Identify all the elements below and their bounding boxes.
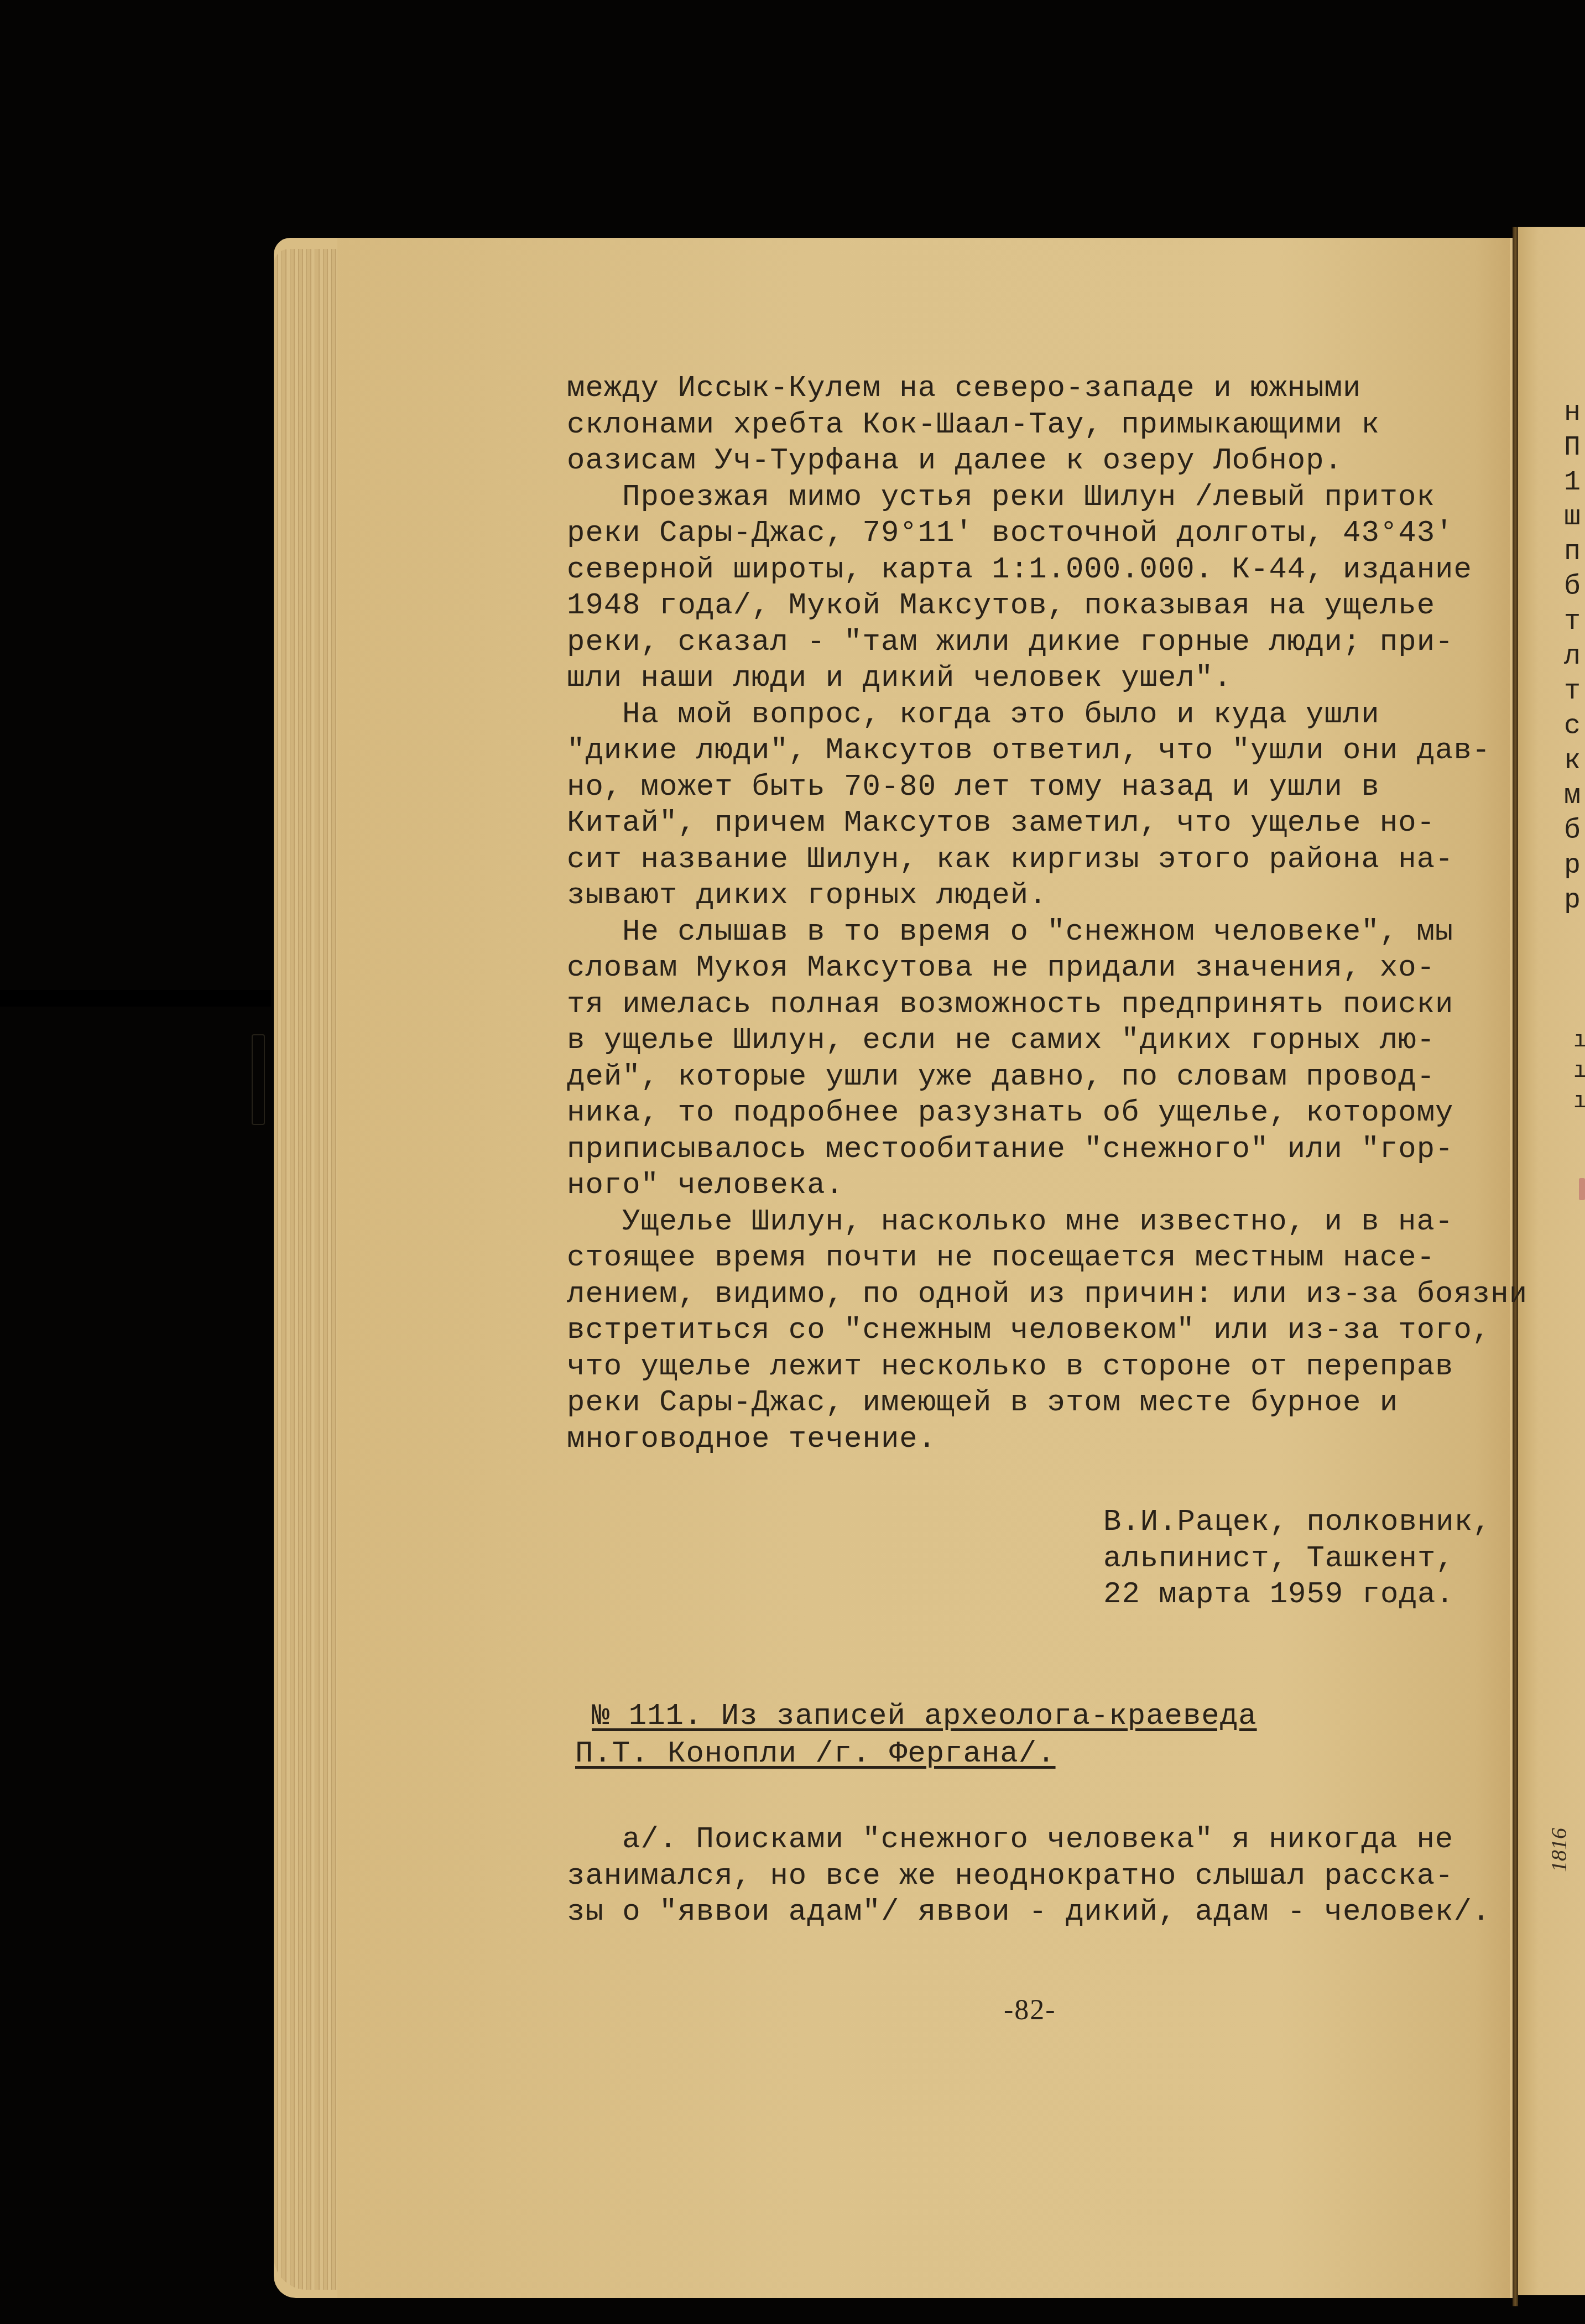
body-text-line: в ущелье Шилун, если не самих "диких гор… <box>567 1023 1496 1059</box>
body-text-line: Проезжая мимо устья реки Шилун /левый пр… <box>567 480 1496 516</box>
body-text-line: 1948 года/, Мукой Максутов, показывая на… <box>567 588 1496 624</box>
right-page-fragment: л <box>1564 639 1581 674</box>
body-text-line: между Иссык-Кулем на северо-западе и южн… <box>567 371 1496 407</box>
page-number: -82- <box>1004 1994 1056 2026</box>
right-page-fragment: б <box>1564 814 1581 848</box>
right-page-fragment: б <box>1564 570 1581 605</box>
body-text-line: шли наши люди и дикий человек ушел". <box>567 660 1496 697</box>
background-shadow-band <box>0 990 271 1007</box>
signature-date: 22 марта 1959 года. <box>1103 1577 1492 1613</box>
right-page-fragment: т <box>1564 674 1581 709</box>
body-text-line: дей", которые ушли уже давно, по словам … <box>567 1059 1496 1096</box>
body-text-line: лением, видимо, по одной из причин: или … <box>567 1276 1496 1313</box>
right-page-fragment: п <box>1564 535 1581 570</box>
body-text-line: что ущелье лежит несколько в стороне от … <box>567 1349 1496 1385</box>
section-heading: № 111. Из записей археолога-краеведа П.Т… <box>592 1698 1257 1773</box>
right-page-fragment: р <box>1564 883 1581 918</box>
body-text-line: сит название Шилун, как киргизы этого ра… <box>567 842 1496 878</box>
book-gutter <box>1513 227 1518 2306</box>
right-page-fragment: т <box>1564 605 1581 639</box>
right-page-fragment: ı <box>1573 1026 1585 1056</box>
right-page-fragment: н <box>1564 395 1581 430</box>
body-text-line: Не слышав в то время о "снежном человеке… <box>567 914 1496 951</box>
body-text: между Иссык-Кулем на северо-западе и южн… <box>567 371 1496 1457</box>
body-text-line: реки Сары-Джас, имеющей в этом месте бур… <box>567 1385 1496 1421</box>
paragraph-a-line: а/. Поисками "снежного человека" я никог… <box>567 1822 1490 1859</box>
body-text-line: "дикие люди", Максутов ответил, что "ушл… <box>567 733 1496 769</box>
page-edges-stack <box>274 249 337 2290</box>
right-page-fragment: с <box>1564 709 1581 744</box>
right-page-text-fragments-lower: ııı <box>1573 1026 1585 1117</box>
signature-block: В.И.Рацек, полковник, альпинист, Ташкент… <box>1103 1504 1492 1613</box>
body-text-line: ника, то подробнее разузнать об ущелье, … <box>567 1095 1496 1132</box>
body-text-line: но, может быть 70-80 лет тому назад и уш… <box>567 769 1496 806</box>
paragraph-a: а/. Поисками "снежного человека" я никог… <box>567 1822 1490 1931</box>
body-text-line: словам Мукоя Максутова не придали значен… <box>567 950 1496 987</box>
body-text-line: северной широты, карта 1:1.000.000. К-44… <box>567 552 1496 588</box>
body-text-line: Китай", причем Максутов заметил, что уще… <box>567 805 1496 842</box>
right-page-fragment: ı <box>1573 1087 1585 1117</box>
right-page-fragment: 1 <box>1564 465 1581 500</box>
body-text-line: склонами хребта Кок-Шаал-Тау, примыкающи… <box>567 407 1496 444</box>
right-page-fragment: к <box>1564 744 1581 779</box>
section-heading-line-1: № 111. Из записей археолога-краеведа <box>592 1698 1257 1736</box>
body-text-line: приписывалось местообитание "снежного" и… <box>567 1132 1496 1168</box>
body-text-line: оазисам Уч-Турфана и далее к озеру Лобно… <box>567 443 1496 480</box>
scanner-edge-artifact <box>252 1034 265 1125</box>
body-text-line: многоводное течение. <box>567 1421 1496 1458</box>
body-text-line: ного" человека. <box>567 1168 1496 1204</box>
section-heading-line-2: П.Т. Конопли /г. Фергана/. <box>575 1736 1257 1773</box>
body-text-line: тя имелась полная возможность предпринят… <box>567 987 1496 1023</box>
red-pencil-mark <box>1579 1178 1585 1200</box>
paragraph-a-line: занимался, но все же неоднократно слышал… <box>567 1859 1490 1895</box>
body-text-line: зывают диких горных людей. <box>567 878 1496 914</box>
body-text-line: стоящее время почти не посещается местны… <box>567 1240 1496 1276</box>
right-page-fragment: П <box>1564 430 1581 465</box>
body-text-line: встретиться со "снежным человеком" или и… <box>567 1312 1496 1349</box>
right-page-fragment: ш <box>1564 500 1581 535</box>
right-page-text-fragments: нП1шпбтлтскмбрр <box>1564 395 1581 918</box>
body-text-line: реки Сары-Джас, 79°11′ восточной долготы… <box>567 515 1496 552</box>
signature-role-place: альпинист, Ташкент, <box>1103 1541 1492 1577</box>
right-page-fragment: м <box>1564 779 1581 814</box>
body-text-line: На мой вопрос, когда это было и куда ушл… <box>567 697 1496 733</box>
paragraph-a-line: зы о "яввои адам"/ яввои - дикий, адам -… <box>567 1895 1490 1931</box>
archive-stamp-number: 1816 <box>1546 1828 1572 1872</box>
body-text-line: Ущелье Шилун, насколько мне известно, и … <box>567 1204 1496 1241</box>
signature-name: В.И.Рацек, полковник, <box>1103 1504 1492 1541</box>
right-page-fragment: ı <box>1573 1056 1585 1087</box>
body-text-line: реки, сказал - "там жили дикие горные лю… <box>567 624 1496 661</box>
right-page-fragment: р <box>1564 848 1581 883</box>
